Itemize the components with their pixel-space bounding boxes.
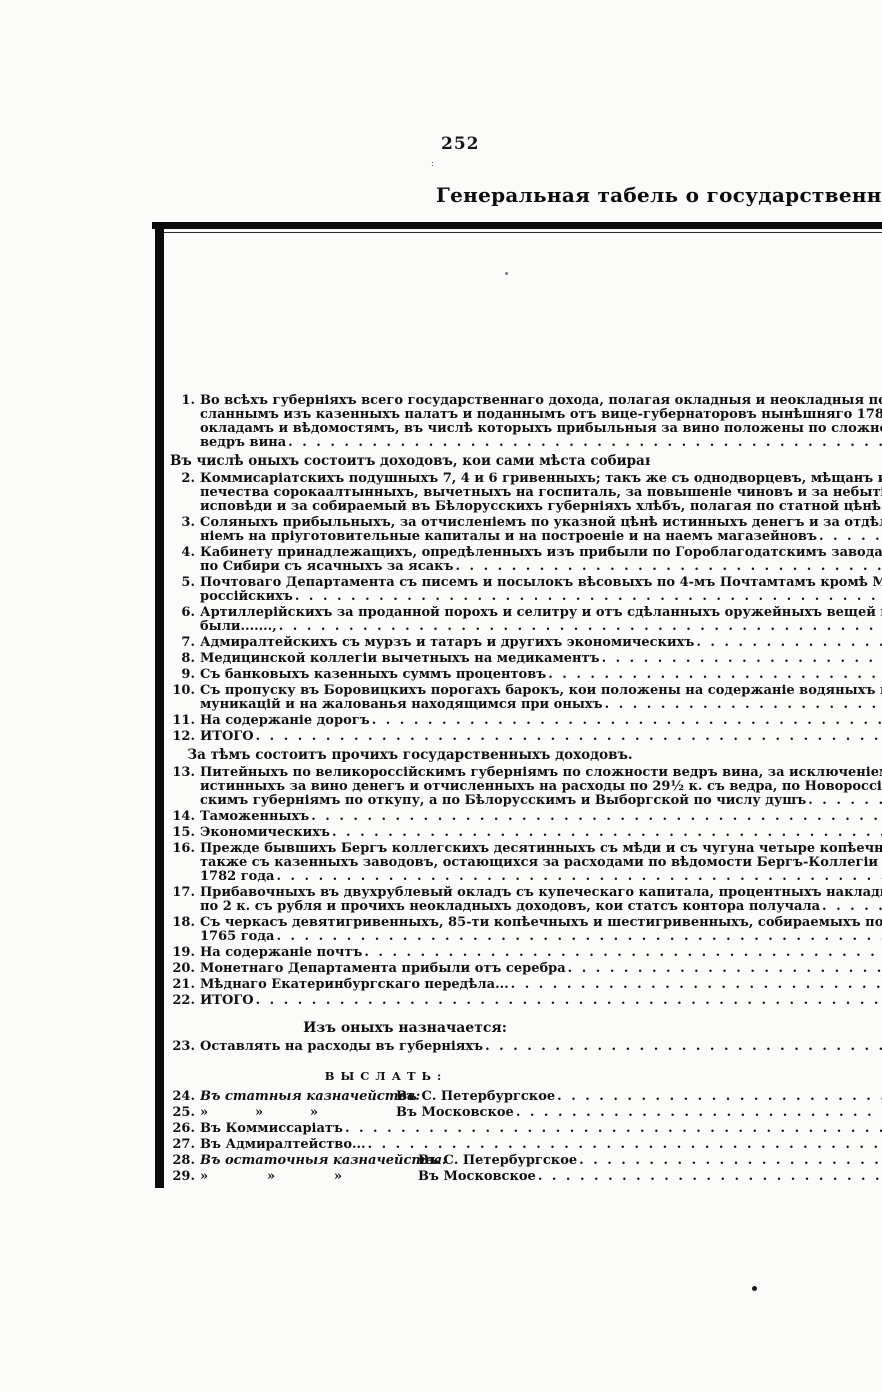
item-line: по 2 к. съ рубля и прочихъ неокладныхъ д… [200, 900, 882, 914]
item-text: ніемъ на пріуготовительные капиталы и на… [200, 530, 817, 544]
item-number: 16. [170, 842, 195, 884]
leader-dots: . . . . . . . . . . . . . . . . . . . . … [368, 1138, 882, 1152]
item-line: россійскихъ. . . . . . . . . . . . . . .… [200, 590, 882, 604]
item-text: Коммисаріатскихъ подушныхъ 7, 4 и 6 грив… [200, 472, 882, 486]
item-text: Почтоваго Департамента съ писемъ и посыл… [200, 576, 882, 590]
item-text: ИТОГО [200, 730, 254, 744]
item-body: Съ банковыхъ казенныхъ суммъ процентовъ.… [200, 668, 882, 682]
leader-dots: . . . . . . . . . . . . . . . . . . . . … [822, 900, 882, 914]
leader-dots: . . . . . . . . . . . . . . . . . . . . … [332, 826, 882, 840]
leader-dots: . . . . . . . . . . . . . . . . . . . . … [279, 620, 882, 634]
list-item: 3.Соляныхъ прибыльныхъ, за отчисленіемъ … [170, 516, 882, 544]
section-heading: ВЫСЛАТЬ: [170, 1069, 602, 1083]
item-line: были.......,. . . . . . . . . . . . . . … [200, 620, 882, 634]
item-line: Соляныхъ прибыльныхъ, за отчисленіемъ по… [200, 516, 882, 530]
item-line: исповѣди и за собираемый въ Бѣлорусскихъ… [200, 500, 882, 514]
item-body: Адмиралтейскихъ съ мурзъ и татаръ и друг… [200, 636, 882, 650]
item-number: 9. [170, 668, 195, 682]
leader-dots: . . . . . . . . . . . . . . . . . . . . … [579, 1154, 882, 1168]
list-item: 6.Артиллерійскихъ за проданной порохъ и … [170, 606, 882, 634]
leader-dots: . . . . . . . . . . . . . . . . . . . . … [808, 794, 882, 808]
item-body: Во всѣхъ губерніяхъ всего государственна… [200, 394, 882, 450]
item-text: 1765 года [200, 930, 274, 944]
item-text: Артиллерійскихъ за проданной порохъ и се… [200, 606, 882, 620]
list-item: 2.Коммисаріатскихъ подушныхъ 7, 4 и 6 гр… [170, 472, 882, 514]
item-text: Монетнаго Департамента прибыли отъ сереб… [200, 962, 566, 976]
item-body: Питейныхъ по великороссійскимъ губерніям… [200, 766, 882, 808]
leader-dots: . . . . . . . . . . . . . . . . . . . . … [605, 698, 882, 712]
item-text: печества сорокаалтынныхъ, вычетныхъ на г… [200, 486, 882, 500]
leader-dots: . . . . . . . . . . . . . . . . . . . . … [276, 870, 882, 884]
item-number: 14. [170, 810, 195, 824]
document-title: Генеральная табель о государственныхъ д [436, 183, 882, 207]
ink-speck: . . [431, 160, 445, 163]
item-number: 21. [170, 978, 195, 992]
item-text: Соляныхъ прибыльныхъ, за отчисленіемъ по… [200, 516, 882, 530]
item-line: Коммисаріатскихъ подушныхъ 7, 4 и 6 грив… [200, 472, 882, 486]
list-item: 21.Мѣднаго Екатеринбургскаго передѣла...… [170, 978, 882, 992]
ditto-mark: » [200, 1106, 208, 1120]
page-number: 252 [441, 134, 480, 154]
item-line: печества сорокаалтынныхъ, вычетныхъ на г… [200, 486, 882, 500]
item-text: по Сибири съ ясачныхъ за ясакъ [200, 560, 454, 574]
item-text: Кабинету принадлежащихъ, опредѣленныхъ и… [200, 546, 882, 560]
item-body: Почтоваго Департамента съ писемъ и посыл… [200, 576, 882, 604]
leader-dots: . . . . . . . . . . . . . . . . . . . . … [485, 1040, 882, 1054]
item-body: На содержаніе почтъ. . . . . . . . . . .… [200, 946, 882, 960]
item-body: Въ Адмиралтейство.... . . . . . . . . . … [200, 1138, 882, 1152]
item-number: 17. [170, 886, 195, 914]
ditto-marks: »»» [200, 1170, 418, 1184]
table-frame-top-inner-line [158, 232, 882, 233]
item-number: 29. [170, 1170, 195, 1184]
item-text: муникацій и на жалованья находящимся при… [200, 698, 603, 712]
item-line: Прибавочныхъ въ двухрублевый окладъ съ к… [200, 886, 882, 900]
item-body: Съ черкасъ девятигривенныхъ, 85-ти копѣе… [200, 916, 882, 944]
item-text: Прибавочныхъ въ двухрублевый окладъ съ к… [200, 886, 882, 900]
item-text: На содержаніе дорогъ [200, 714, 370, 728]
item-text: Питейныхъ по великороссійскимъ губерніям… [200, 766, 882, 780]
item-number: 26. [170, 1122, 195, 1136]
item-body: Мѣднаго Екатеринбургскаго передѣла.... .… [200, 978, 882, 992]
item-number: 25. [170, 1106, 195, 1120]
item-text: исповѣди и за собираемый въ Бѣлорусскихъ… [200, 500, 882, 514]
item-line: Артиллерійскихъ за проданной порохъ и се… [200, 606, 882, 620]
item-text: Съ черкасъ девятигривенныхъ, 85-ти копѣе… [200, 916, 882, 930]
item-line: 1782 года. . . . . . . . . . . . . . . .… [200, 870, 882, 884]
list-item: 13.Питейныхъ по великороссійскимъ губерн… [170, 766, 882, 808]
leader-dots: . . . . . . . . . . . . . . . . . . . . … [548, 668, 882, 682]
item-number: 6. [170, 606, 195, 634]
item-body: »»»Въ Московское. . . . . . . . . . . . … [200, 1106, 882, 1120]
item-body: Прежде бывшихъ Бергъ коллегскихъ десятин… [200, 842, 882, 884]
ditto-mark: » [267, 1170, 275, 1184]
item-line: »»»Въ Московское. . . . . . . . . . . . … [200, 1170, 882, 1184]
item-line: муникацій и на жалованья находящимся при… [200, 698, 882, 712]
ditto-marks: »»» [200, 1106, 396, 1120]
item-line: Медицинской коллегіи вычетныхъ на медика… [200, 652, 882, 666]
item-text: 1782 года [200, 870, 274, 884]
ditto-marks-set: »»» [200, 1170, 342, 1184]
item-body: Монетнаго Департамента прибыли отъ сереб… [200, 962, 882, 976]
list-item: 22.ИТОГО. . . . . . . . . . . . . . . . … [170, 994, 882, 1008]
item-text: Прежде бывшихъ Бергъ коллегскихъ десятин… [200, 842, 882, 856]
list-item: 26.Въ Коммиссаріатъ. . . . . . . . . . .… [170, 1122, 882, 1136]
leader-dots: . . . . . . . . . . . . . . . . . . . . … [364, 946, 882, 960]
item-body: Таможенныхъ. . . . . . . . . . . . . . .… [200, 810, 882, 824]
item-line: окладамъ и вѣдомостямъ, въ числѣ которых… [200, 422, 882, 436]
item-body: Кабинету принадлежащихъ, опредѣленныхъ и… [200, 546, 882, 574]
item-number: 24. [170, 1090, 195, 1104]
item-line: также съ казенныхъ заводовъ, остающихся … [200, 856, 882, 870]
list-item: 17.Прибавочныхъ въ двухрублевый окладъ с… [170, 886, 882, 914]
item-line: Съ черкасъ девятигривенныхъ, 85-ти копѣе… [200, 916, 882, 930]
leader-dots: . . . . . . . . . . . . . . . . . . . . … [557, 1090, 882, 1104]
section-heading: За тѣмъ состоитъ прочихъ государственных… [170, 748, 650, 762]
item-text: были......., [200, 620, 277, 634]
item-text: На содержаніе почтъ [200, 946, 362, 960]
list-item: 25.»»»Въ Московское. . . . . . . . . . .… [170, 1106, 882, 1120]
item-line: Съ пропуску въ Боровицкихъ порогахъ баро… [200, 684, 882, 698]
item-body: Въ статныя казначейства:Въ С. Петербургс… [200, 1090, 882, 1104]
leader-dots: . . . . . . . . . . . . . . . . . . . . … [602, 652, 882, 666]
item-line: ведръ вина. . . . . . . . . . . . . . . … [200, 436, 882, 450]
item-text: Въ Московское [418, 1170, 536, 1184]
item-body: Съ пропуску въ Боровицкихъ порогахъ баро… [200, 684, 882, 712]
item-line: Мѣднаго Екатеринбургскаго передѣла.... .… [200, 978, 882, 992]
list-item: 5.Почтоваго Департамента съ писемъ и пос… [170, 576, 882, 604]
leader-dots: . . . . . . . . . . . . . . . . . . . . … [538, 1170, 882, 1184]
item-text: Медицинской коллегіи вычетныхъ на медика… [200, 652, 600, 666]
item-body: Экономическихъ. . . . . . . . . . . . . … [200, 826, 882, 840]
item-number: 27. [170, 1138, 195, 1152]
item-text: скимъ губерніямъ по откупу, а по Бѣлорус… [200, 794, 806, 808]
list-item: 4.Кабинету принадлежащихъ, опредѣленныхъ… [170, 546, 882, 574]
item-number: 18. [170, 916, 195, 944]
list-item: 11.На содержаніе дорогъ. . . . . . . . .… [170, 714, 882, 728]
item-line: На содержаніе почтъ. . . . . . . . . . .… [200, 946, 882, 960]
table-frame-left-border [155, 222, 164, 1188]
item-line: ИТОГО. . . . . . . . . . . . . . . . . .… [200, 994, 882, 1008]
item-line: по Сибири съ ясачныхъ за ясакъ. . . . . … [200, 560, 882, 574]
item-number: 19. [170, 946, 195, 960]
item-text: также съ казенныхъ заводовъ, остающихся … [200, 856, 882, 870]
leader-dots: . . . . . . . . . . . . . . . . . . . . … [696, 636, 882, 650]
item-line: Кабинету принадлежащихъ, опредѣленныхъ и… [200, 546, 882, 560]
item-line: Оставлять на расходы въ губерніяхъ. . . … [200, 1040, 882, 1054]
item-number: 20. [170, 962, 195, 976]
leader-dots: . . . . . . . . . . . . . . . . . . . . … [311, 810, 882, 824]
item-number: 3. [170, 516, 195, 544]
item-body: ИТОГО. . . . . . . . . . . . . . . . . .… [200, 994, 882, 1008]
item-number: 7. [170, 636, 195, 650]
list-item: 29.»»»Въ Московское. . . . . . . . . . .… [170, 1170, 882, 1184]
item-number: 15. [170, 826, 195, 840]
item-body: Въ остаточныя казначейства:Въ С. Петербу… [200, 1154, 882, 1168]
list-item: 27.Въ Адмиралтейство.... . . . . . . . .… [170, 1138, 882, 1152]
item-number: 10. [170, 684, 195, 712]
list-item: 1.Во всѣхъ губерніяхъ всего государствен… [170, 394, 882, 450]
list-item: 28.Въ остаточныя казначейства:Въ С. Пете… [170, 1154, 882, 1168]
item-line: Въ Коммиссаріатъ. . . . . . . . . . . . … [200, 1122, 882, 1136]
item-line: На содержаніе дорогъ. . . . . . . . . . … [200, 714, 882, 728]
item-text: Оставлять на расходы въ губерніяхъ [200, 1040, 483, 1054]
item-body: Въ Коммиссаріатъ. . . . . . . . . . . . … [200, 1122, 882, 1136]
list-item: 12.ИТОГО. . . . . . . . . . . . . . . . … [170, 730, 882, 744]
item-text: Въ Коммиссаріатъ [200, 1122, 343, 1136]
list-item: 10.Съ пропуску въ Боровицкихъ порогахъ б… [170, 684, 882, 712]
item-text: Таможенныхъ [200, 810, 309, 824]
item-line: Таможенныхъ. . . . . . . . . . . . . . .… [200, 810, 882, 824]
item-body: ИТОГО. . . . . . . . . . . . . . . . . .… [200, 730, 882, 744]
ditto-mark: » [255, 1106, 263, 1120]
item-line: Монетнаго Департамента прибыли отъ сереб… [200, 962, 882, 976]
leader-dots: . . . . . . . . . . . . . . . . . . . . … [276, 930, 882, 944]
list-item: 14.Таможенныхъ. . . . . . . . . . . . . … [170, 810, 882, 824]
item-text: ИТОГО [200, 994, 254, 1008]
leader-dots: . . . . . . . . . . . . . . . . . . . . … [345, 1122, 882, 1136]
item-text: Въ Адмиралтейство... [200, 1138, 366, 1152]
item-line: Въ Адмиралтейство.... . . . . . . . . . … [200, 1138, 882, 1152]
item-line: ИТОГО. . . . . . . . . . . . . . . . . .… [200, 730, 882, 744]
item-line: истинныхъ за вино денегъ и отчисленныхъ … [200, 780, 882, 794]
ditto-mark: » [310, 1106, 318, 1120]
item-text: Съ пропуску въ Боровицкихъ порогахъ баро… [200, 684, 882, 698]
item-line: Прежде бывшихъ Бергъ коллегскихъ десятин… [200, 842, 882, 856]
item-line: сланнымъ изъ казенныхъ палатъ и поданным… [200, 408, 882, 422]
item-text: россійскихъ [200, 590, 293, 604]
section-heading: Изъ оныхъ назначается: [170, 1021, 640, 1035]
leader-dots: . . . . . . . . . . . . . . . . . . . . … [819, 530, 882, 544]
item-text: истинныхъ за вино денегъ и отчисленныхъ … [200, 780, 882, 794]
item-body: Коммисаріатскихъ подушныхъ 7, 4 и 6 грив… [200, 472, 882, 514]
item-body: Соляныхъ прибыльныхъ, за отчисленіемъ по… [200, 516, 882, 544]
item-text: Въ С. Петербургское [418, 1154, 577, 1168]
item-number: 4. [170, 546, 195, 574]
leader-dots: . . . . . . . . . . . . . . . . . . . . … [295, 590, 882, 604]
document-body: 1.Во всѣхъ губерніяхъ всего государствен… [170, 392, 882, 1184]
item-number: 28. [170, 1154, 195, 1168]
list-item: 7.Адмиралтейскихъ съ мурзъ и татаръ и др… [170, 636, 882, 650]
item-line: Въ статныя казначейства:Въ С. Петербургс… [200, 1090, 882, 1104]
item-number: 5. [170, 576, 195, 604]
leader-dots: . . . . . . . . . . . . . . . . . . . . … [511, 978, 882, 992]
item-text: Мѣднаго Екатеринбургскаго передѣла... [200, 978, 509, 992]
item-body: Оставлять на расходы въ губерніяхъ. . . … [200, 1040, 882, 1054]
item-body: Артиллерійскихъ за проданной порохъ и се… [200, 606, 882, 634]
item-number: 8. [170, 652, 195, 666]
item-body: Медицинской коллегіи вычетныхъ на медика… [200, 652, 882, 666]
list-item: 18.Съ черкасъ девятигривенныхъ, 85-ти ко… [170, 916, 882, 944]
item-line: Во всѣхъ губерніяхъ всего государственна… [200, 394, 882, 408]
item-number: 1. [170, 394, 195, 450]
item-line: 1765 года. . . . . . . . . . . . . . . .… [200, 930, 882, 944]
item-text: Адмиралтейскихъ съ мурзъ и татаръ и друг… [200, 636, 694, 650]
item-number: 11. [170, 714, 195, 728]
ditto-mark: » [200, 1170, 208, 1184]
item-number: 12. [170, 730, 195, 744]
ditto-mark: » [334, 1170, 342, 1184]
item-text: ведръ вина [200, 436, 286, 450]
ditto-marks-set: »»» [200, 1106, 318, 1120]
item-text: Во всѣхъ губерніяхъ всего государственна… [200, 394, 882, 408]
list-item: 9.Съ банковыхъ казенныхъ суммъ процентов… [170, 668, 882, 682]
leader-dots: . . . . . . . . . . . . . . . . . . . . … [456, 560, 882, 574]
list-item: 8.Медицинской коллегіи вычетныхъ на меди… [170, 652, 882, 666]
item-number: 23. [170, 1040, 195, 1054]
item-line: Экономическихъ. . . . . . . . . . . . . … [200, 826, 882, 840]
item-number: 13. [170, 766, 195, 808]
list-item: 15.Экономическихъ. . . . . . . . . . . .… [170, 826, 882, 840]
item-body: »»»Въ Московское. . . . . . . . . . . . … [200, 1170, 882, 1184]
item-line: скимъ губерніямъ по откупу, а по Бѣлорус… [200, 794, 882, 808]
item-number: 22. [170, 994, 195, 1008]
item-line: Съ банковыхъ казенныхъ суммъ процентовъ.… [200, 668, 882, 682]
item-line: ніемъ на пріуготовительные капиталы и на… [200, 530, 882, 544]
item-label: Въ остаточныя казначейства: [200, 1154, 418, 1168]
item-body: Прибавочныхъ въ двухрублевый окладъ съ к… [200, 886, 882, 914]
item-text: окладамъ и вѣдомостямъ, въ числѣ которых… [200, 422, 882, 436]
item-number: 2. [170, 472, 195, 514]
item-text: Экономическихъ [200, 826, 330, 840]
list-item: 20.Монетнаго Департамента прибыли отъ се… [170, 962, 882, 976]
list-item: 24.Въ статныя казначейства:Въ С. Петербу… [170, 1090, 882, 1104]
ink-speck [505, 272, 508, 275]
item-text: сланнымъ изъ казенныхъ палатъ и поданным… [200, 408, 882, 422]
item-body: На содержаніе дорогъ. . . . . . . . . . … [200, 714, 882, 728]
list-item: 23.Оставлять на расходы въ губерніяхъ. .… [170, 1040, 882, 1054]
table-frame-top-border [152, 222, 882, 229]
item-line: »»»Въ Московское. . . . . . . . . . . . … [200, 1106, 882, 1120]
item-line: Питейныхъ по великороссійскимъ губерніям… [200, 766, 882, 780]
list-item: 19.На содержаніе почтъ. . . . . . . . . … [170, 946, 882, 960]
leader-dots: . . . . . . . . . . . . . . . . . . . . … [256, 994, 882, 1008]
item-line: Почтоваго Департамента съ писемъ и посыл… [200, 576, 882, 590]
leader-dots: . . . . . . . . . . . . . . . . . . . . … [288, 436, 882, 450]
item-text: Въ С. Петербургское [396, 1090, 555, 1104]
leader-dots: . . . . . . . . . . . . . . . . . . . . … [256, 730, 882, 744]
leader-dots: . . . . . . . . . . . . . . . . . . . . … [372, 714, 882, 728]
item-line: Адмиралтейскихъ съ мурзъ и татаръ и друг… [200, 636, 882, 650]
item-text: по 2 к. съ рубля и прочихъ неокладныхъ д… [200, 900, 820, 914]
ink-speck [752, 1286, 757, 1291]
list-item: 16.Прежде бывшихъ Бергъ коллегскихъ деся… [170, 842, 882, 884]
leader-dots: . . . . . . . . . . . . . . . . . . . . … [516, 1106, 882, 1120]
leader-dots: . . . . . . . . . . . . . . . . . . . . … [568, 962, 882, 976]
item-text: Въ Московское [396, 1106, 514, 1120]
item-text: Съ банковыхъ казенныхъ суммъ процентовъ [200, 668, 546, 682]
section-heading: Въ числѣ оныхъ состоитъ доходовъ, кои са… [170, 454, 650, 468]
item-label: Въ статныя казначейства: [200, 1090, 396, 1104]
item-line: Въ остаточныя казначейства:Въ С. Петербу… [200, 1154, 882, 1168]
